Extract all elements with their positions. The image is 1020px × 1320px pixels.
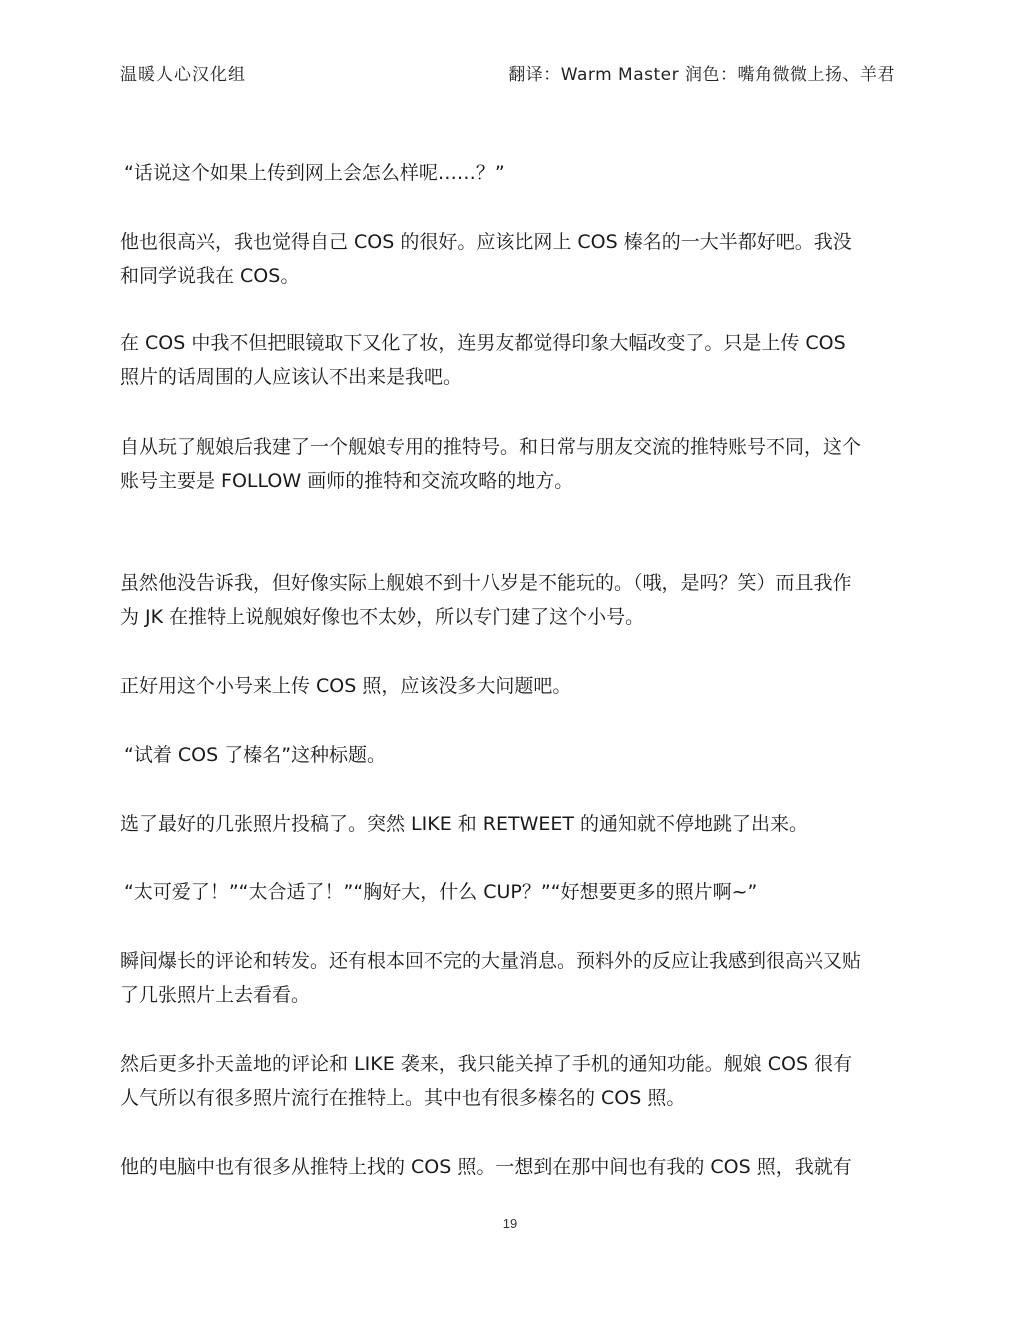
text-line: 和同学说我在 COS。 <box>120 259 905 293</box>
translation-group-name: 温暖人心汉化组 <box>120 60 246 85</box>
text-line: “试着 COS 了榛名”这种标题。 <box>124 738 909 772</box>
paragraph: 自从玩了舰娘后我建了一个舰娘专用的推特号。和日常与朋友交流的推特账号不同，这个 … <box>120 430 905 498</box>
text-line: 照片的话周围的人应该认不出来是我吧。 <box>120 360 905 394</box>
text-line: “太可爱了！”“太合适了！”“胸好大，什么 CUP？”“好想要更多的照片啊~” <box>124 875 909 909</box>
text-line: 他也很高兴，我也觉得自己 COS 的很好。应该比网上 COS 榛名的一大半都好吧… <box>120 225 905 259</box>
paragraph: 正好用这个小号来上传 COS 照，应该没多大问题吧。 <box>120 669 905 703</box>
paragraph-quote-upload: “话说这个如果上传到网上会怎么样呢……？” <box>124 156 909 190</box>
paragraph: 然后更多扑天盖地的评论和 LIKE 袭来，我只能关掉了手机的通知功能。舰娘 CO… <box>120 1047 905 1115</box>
text-line: 虽然他没告诉我，但好像实际上舰娘不到十八岁是不能玩的。（哦，是吗？笑）而且我作 <box>120 566 905 600</box>
text-line: 为 JK 在推特上说舰娘好像也不太妙，所以专门建了这个小号。 <box>120 600 905 634</box>
text-line: 他的电脑中也有很多从推特上找的 COS 照。一想到在那中间也有我的 COS 照，… <box>120 1150 905 1184</box>
text-line: 然后更多扑天盖地的评论和 LIKE 袭来，我只能关掉了手机的通知功能。舰娘 CO… <box>120 1047 905 1081</box>
paragraph: 他也很高兴，我也觉得自己 COS 的很好。应该比网上 COS 榛名的一大半都好吧… <box>120 225 905 293</box>
text-line: 在 COS 中我不但把眼镜取下又化了妆，连男友都觉得印象大幅改变了。只是上传 C… <box>120 326 905 360</box>
text-line: 正好用这个小号来上传 COS 照，应该没多大问题吧。 <box>120 669 905 703</box>
text-line: 自从玩了舰娘后我建了一个舰娘专用的推特号。和日常与朋友交流的推特账号不同，这个 <box>120 430 905 464</box>
paragraph: 瞬间爆长的评论和转发。还有根本回不完的大量消息。预料外的反应让我感到很高兴又贴 … <box>120 944 905 1012</box>
text-line: 人气所以有很多照片流行在推特上。其中也有很多榛名的 COS 照。 <box>120 1081 905 1115</box>
page-header: 温暖人心汉化组 翻译：Warm Master 润色：嘴角微微上扬、羊君 <box>120 60 895 88</box>
text-line: 瞬间爆长的评论和转发。还有根本回不完的大量消息。预料外的反应让我感到很高兴又贴 <box>120 944 905 978</box>
translation-credits: 翻译：Warm Master 润色：嘴角微微上扬、羊君 <box>508 60 895 85</box>
paragraph: 虽然他没告诉我，但好像实际上舰娘不到十八岁是不能玩的。（哦，是吗？笑）而且我作 … <box>120 566 905 634</box>
page-number: 19 <box>0 1216 1020 1231</box>
paragraph: 在 COS 中我不但把眼镜取下又化了妆，连男友都觉得印象大幅改变了。只是上传 C… <box>120 326 905 394</box>
text-line: 了几张照片上去看看。 <box>120 978 905 1012</box>
text-line: 选了最好的几张照片投稿了。突然 LIKE 和 RETWEET 的通知就不停地跳了… <box>120 807 905 841</box>
paragraph-quote-comments: “太可爱了！”“太合适了！”“胸好大，什么 CUP？”“好想要更多的照片啊~” <box>124 875 909 909</box>
paragraph: 他的电脑中也有很多从推特上找的 COS 照。一想到在那中间也有我的 COS 照，… <box>120 1150 905 1184</box>
text-line: “话说这个如果上传到网上会怎么样呢……？” <box>124 156 909 190</box>
text-line: 账号主要是 FOLLOW 画师的推特和交流攻略的地方。 <box>120 464 905 498</box>
paragraph-quote-title: “试着 COS 了榛名”这种标题。 <box>124 738 909 772</box>
paragraph: 选了最好的几张照片投稿了。突然 LIKE 和 RETWEET 的通知就不停地跳了… <box>120 807 905 841</box>
